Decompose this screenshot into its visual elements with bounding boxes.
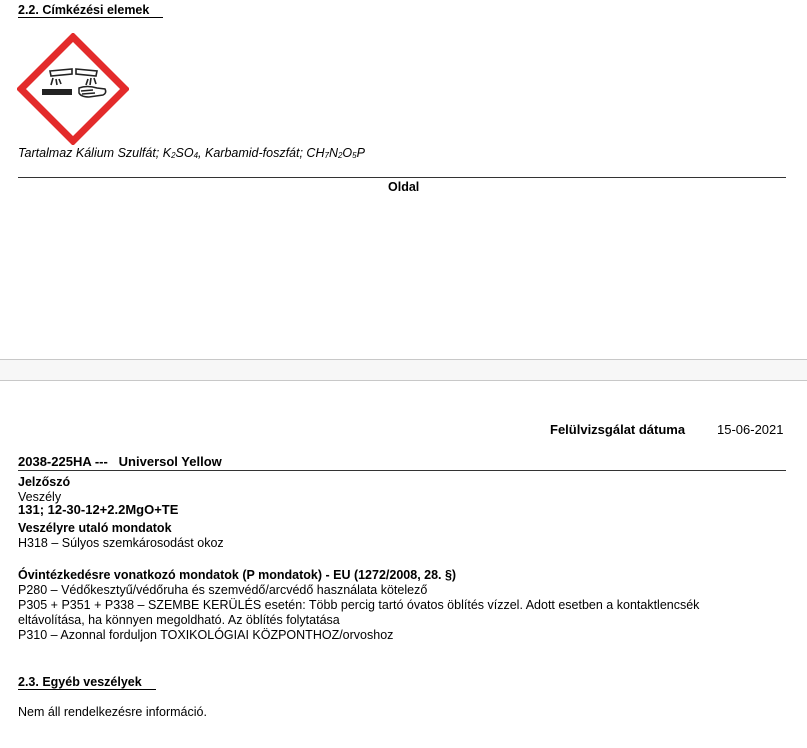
- hazard-statements-block: Veszélyre utaló mondatok H318 – Súlyos s…: [18, 521, 224, 551]
- signal-word-title: Jelzőszó: [18, 475, 70, 490]
- revision-date-label: Felülvizsgálat dátuma: [550, 422, 685, 437]
- other-hazards-text: Nem áll rendelkezésre információ.: [18, 705, 207, 720]
- precautionary-statement: eltávolítása, ha könnyen megoldható. Az …: [18, 613, 699, 628]
- contains-text: , Karbamid-foszfát; CH: [198, 146, 324, 160]
- page-break: [0, 359, 807, 380]
- section-2-3-heading: 2.3. Egyéb veszélyek: [18, 675, 156, 690]
- precautionary-statement: P310 – Azonnal forduljon TOXIKOLÓGIAI KÖ…: [18, 628, 699, 643]
- contains-text: N: [329, 146, 338, 160]
- ghs05-corrosion-icon: [17, 33, 129, 145]
- contains-ingredients: Tartalmaz Kálium Szulfát; K2SO4, Karbami…: [18, 146, 365, 163]
- hazard-statement: H318 – Súlyos szemkárosodást okoz: [18, 536, 224, 551]
- contains-text: SO: [176, 146, 194, 160]
- precautionary-statements-title: Óvintézkedésre vonatkozó mondatok (P mon…: [18, 568, 699, 583]
- signal-word-block: Jelzőszó Veszély: [18, 475, 70, 505]
- hazard-statements-title: Veszélyre utaló mondatok: [18, 521, 224, 536]
- page-break-top-line: [0, 359, 807, 360]
- product-title-line1: 2038-225HA --- Universol Yellow: [18, 454, 222, 470]
- signal-word-value: Veszély: [18, 490, 70, 505]
- page-label: Oldal: [388, 180, 419, 195]
- precautionary-statement: P280 – Védőkesztyű/védőruha és szemvédő/…: [18, 583, 699, 598]
- contains-text: O: [342, 146, 352, 160]
- contains-text: Tartalmaz Kálium Szulfát; K: [18, 146, 171, 160]
- precautionary-statements-block: Óvintézkedésre vonatkozó mondatok (P mon…: [18, 568, 699, 643]
- revision-date-value: 15-06-2021: [717, 422, 784, 437]
- header-divider: [18, 470, 786, 471]
- precautionary-statement: P305 + P351 + P338 – SZEMBE KERÜLÉS eset…: [18, 598, 699, 613]
- section-2-2-heading: 2.2. Címkézési elemek: [18, 3, 163, 18]
- contains-text: P: [357, 146, 365, 160]
- footer-divider: [18, 177, 786, 178]
- page-break-bottom-line: [0, 380, 807, 381]
